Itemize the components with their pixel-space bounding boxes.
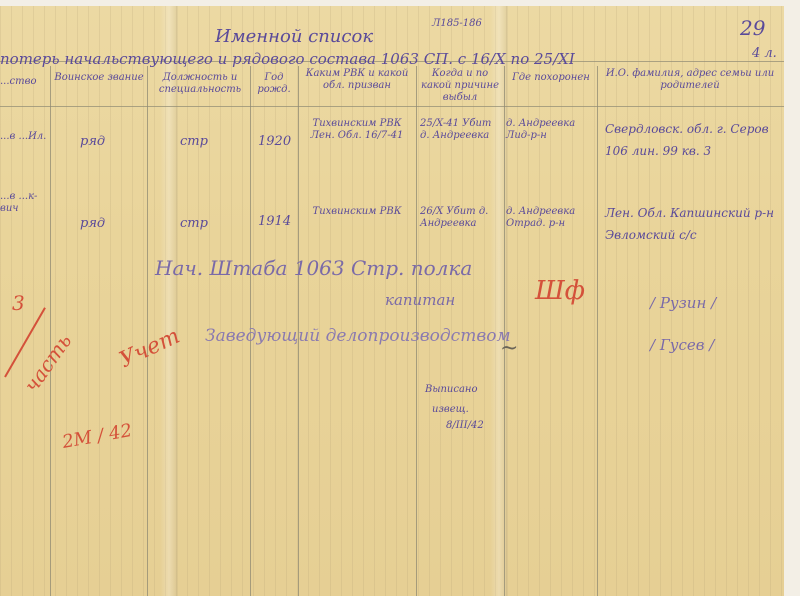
row1-birth-year: 1920	[258, 134, 291, 149]
page-number: 29	[740, 16, 765, 40]
row1-family: Свердловск. обл. г. Серов 106 лин. 99 кв…	[605, 118, 785, 162]
col-header-family: И.О. фамилия, адрес семьи или родителей	[600, 68, 780, 92]
red-fraction-number: 3	[12, 291, 25, 315]
row1-rank: ряд	[80, 134, 105, 149]
column-divider	[597, 66, 598, 596]
header-rule	[0, 106, 784, 107]
pencil-signature: ~	[500, 336, 518, 361]
col-header-0: ...ство	[0, 76, 48, 88]
row1-position: стр	[180, 134, 208, 149]
red-initials: Шф	[535, 276, 585, 306]
row1-rvk: Тихвинским РВК Лен. Обл. 16/7-41	[300, 118, 414, 142]
col-header-rank: Воинское звание	[52, 72, 146, 84]
list-subtitle: потерь начальствующего и рядового состав…	[0, 50, 575, 68]
row2-rvk: Тихвинским РВК	[300, 206, 414, 218]
note-issued: Выписано	[425, 384, 478, 396]
col-header-birth-year: Год рожд.	[252, 72, 296, 96]
red-date: 2М / 42	[61, 420, 134, 453]
row2-when: 26/X Убит д. Андреевка	[420, 206, 504, 230]
clerk-name: / Гусев /	[650, 336, 714, 354]
row2-name: ...в ...к-вич	[0, 191, 48, 215]
chief-rank: капитан	[385, 291, 455, 309]
column-divider	[147, 66, 148, 596]
col-header-rvk: Каким РВК и какой обл. призван	[300, 68, 414, 92]
col-header-buried: Где похоронен	[506, 72, 596, 84]
archive-reference: Л185-186	[432, 18, 482, 30]
row2-birth-year: 1914	[258, 214, 291, 229]
row1-buried: д. Андреевка Лид-р-н	[506, 118, 596, 142]
col-header-when: Когда и по какой причине выбыл	[418, 68, 502, 104]
chief-of-staff-line: Нач. Штаба 1063 Стр. полка	[155, 256, 472, 280]
document-sheet: Именной список потерь начальствующего и …	[0, 6, 784, 596]
sheet-mark: 4 л.	[752, 46, 777, 61]
row2-family: Лен. Обл. Капшинский р-н Эвломский с/с	[605, 202, 785, 246]
row2-buried: д. Андреевка Отрад. р-н	[506, 206, 596, 230]
chief-name: / Рузин /	[650, 294, 716, 312]
row2-rank: ряд	[80, 216, 105, 231]
col-header-position: Должность и специальность	[150, 72, 250, 96]
row2-position: стр	[180, 216, 208, 231]
list-title: Именной список	[215, 26, 373, 47]
note-date: 8/III/42	[446, 420, 484, 432]
column-divider	[50, 66, 51, 596]
clerk-line: Заведующий делопроизводством	[205, 326, 511, 346]
note-notice: извещ.	[432, 404, 469, 416]
row1-when: 25/X-41 Убит д. Андреевка	[420, 118, 504, 142]
row1-name: ...в ...Ил.	[0, 131, 48, 143]
